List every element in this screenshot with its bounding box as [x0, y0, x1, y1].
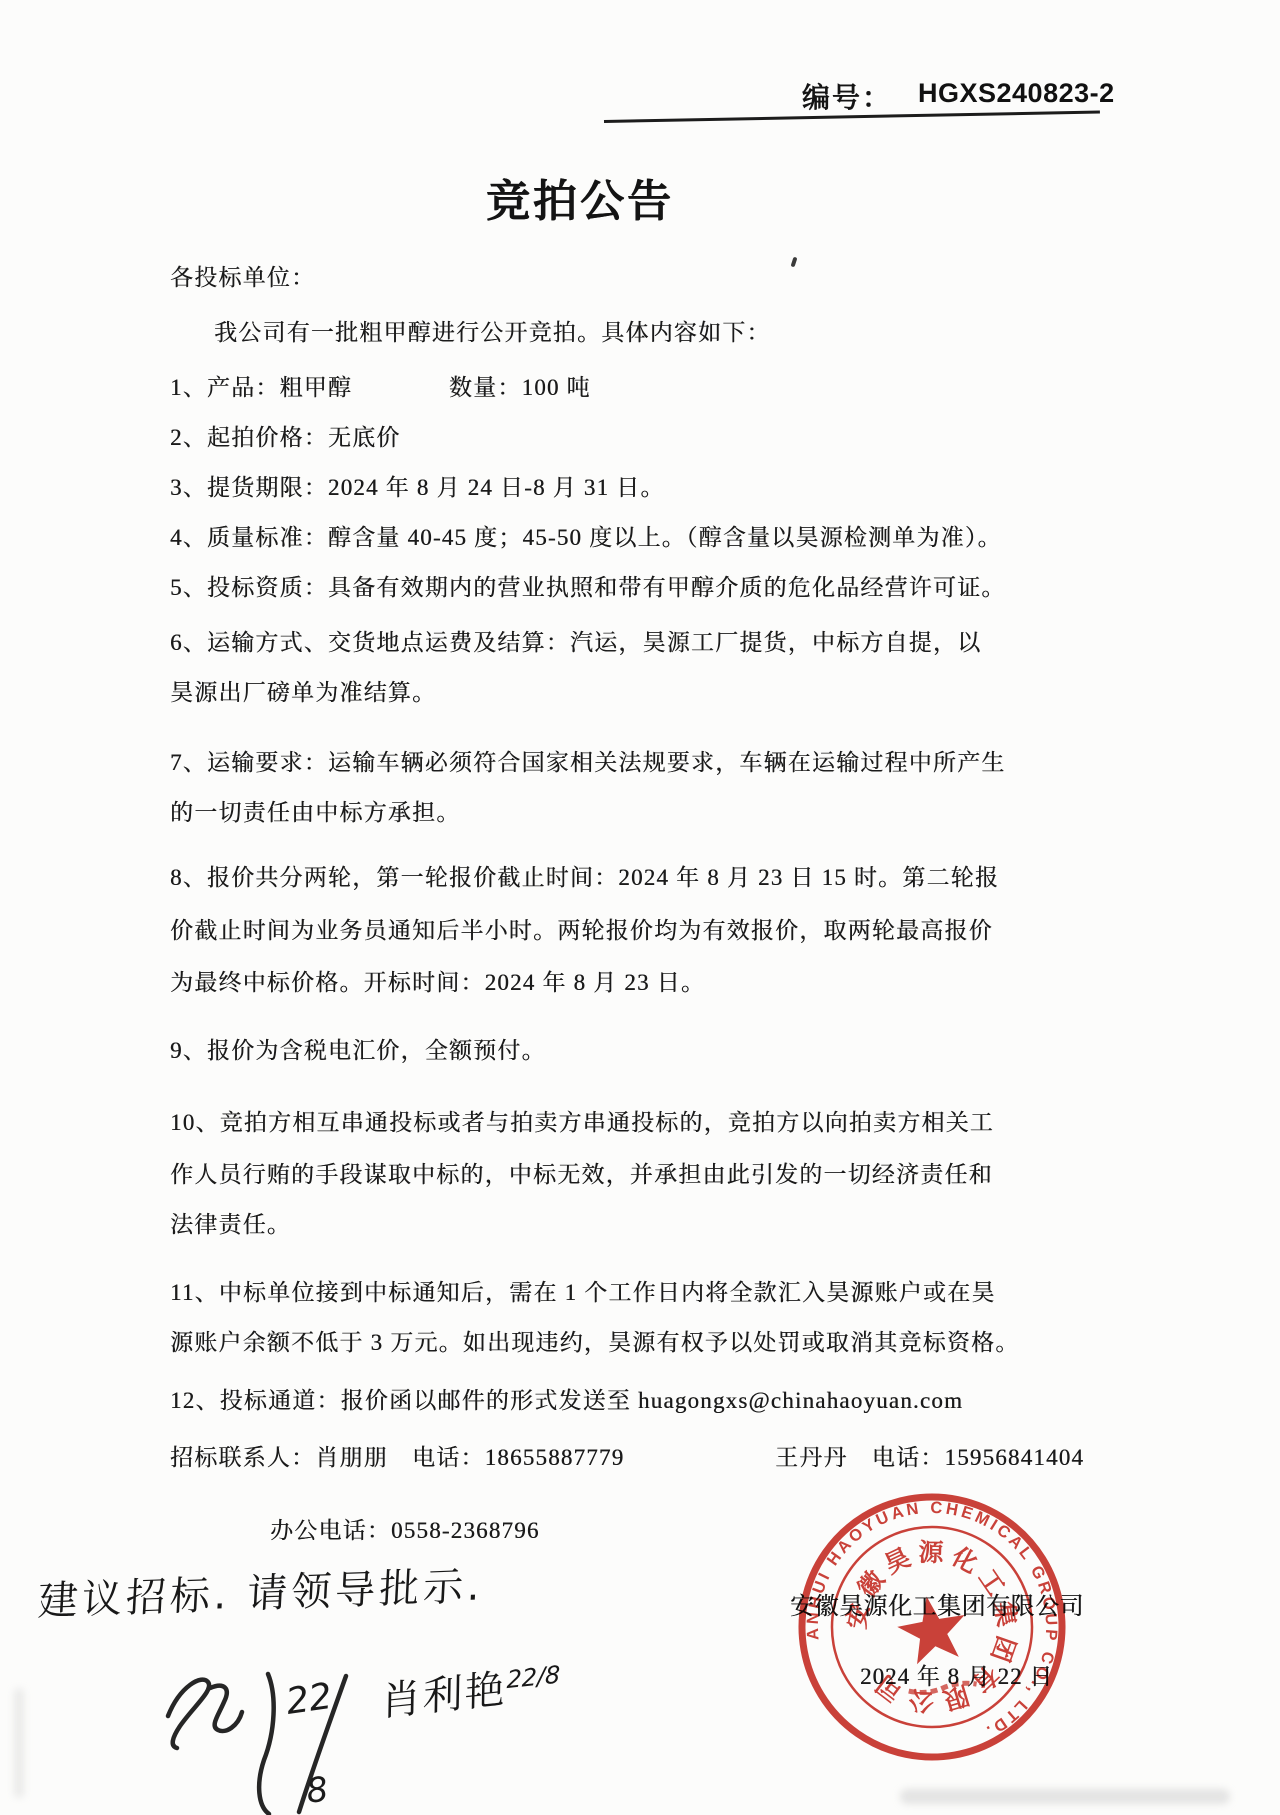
- signature-2-digits: 22: [284, 1676, 335, 1723]
- scrawl-stroke: [259, 1674, 274, 1814]
- body-line: 昊源出厂磅单为准结算。: [170, 674, 436, 707]
- body-line: 为最终中标价格。开标时间：2024 年 8 月 23 日。: [170, 964, 705, 997]
- body-line: 源账户余额不低于 3 万元。如出现违约，昊源有权予以处罚或取消其竞标资格。: [170, 1324, 1019, 1357]
- handwritten-signature-2: 22 8: [150, 1648, 410, 1815]
- body-line: 7、运输要求：运输车辆必须符合国家相关法规要求，车辆在运输过程中所产生: [170, 744, 1006, 777]
- company-seal-stamp: ANHUI HAOYUAN CHEMICAL GROUP CO., LTD. 安…: [773, 1468, 1090, 1785]
- body-line: 1、产品：粗甲醇 数量：100 吨: [170, 369, 591, 402]
- signature-2-digit: 8: [304, 1769, 331, 1812]
- salutation: 各投标单位：: [170, 259, 315, 292]
- office-phone: 办公电话：0558-2368796: [270, 1512, 540, 1545]
- scan-speck: [791, 257, 798, 268]
- handwritten-note: 建议招标. 请领导批示.: [37, 1554, 486, 1627]
- body-line: 作人员行贿的手段谋取中标的，中标无效，并承担由此引发的一切经济责任和: [170, 1156, 993, 1189]
- body-line: 5、投标资质：具备有效期内的营业执照和带有甲醇介质的危化品经营许可证。: [170, 569, 1006, 602]
- page-title: 竞拍公告: [486, 165, 674, 229]
- scanned-document-page: 编号： HGXS240823-2 竞拍公告 各投标单位： 我公司有一批粗甲醇进行…: [0, 0, 1280, 1815]
- body-line: 3、提货期限：2024 年 8 月 24 日-8 月 31 日。: [170, 469, 665, 502]
- body-line: 11、中标单位接到中标通知后，需在 1 个工作日内将全款汇入昊源账户或在昊: [170, 1274, 996, 1307]
- scan-smudge: [14, 1688, 24, 1798]
- doc-number-label: 编号：: [802, 76, 892, 116]
- doc-number-value: HGXS240823-2: [918, 78, 1115, 109]
- scrawl-stroke: [210, 1686, 242, 1731]
- body-line: 12、投标通道：报价函以邮件的形式发送至 huagongxs@chinahaoy…: [170, 1382, 963, 1415]
- signature-1-date: 22/8: [506, 1660, 560, 1694]
- contact-person-left: 招标联系人：肖朋朋 电话：18655887779: [170, 1439, 624, 1472]
- body-line: 9、报价为含税电汇价，全额预付。: [170, 1032, 546, 1065]
- seal-star-icon: [893, 1591, 972, 1667]
- body-line: 8、报价共分两轮，第一轮报价截止时间：2024 年 8 月 23 日 15 时。…: [170, 859, 999, 892]
- body-line: 法律责任。: [170, 1206, 291, 1239]
- body-line: 价截止时间为业务员通知后半小时。两轮报价均为有效报价，取两轮最高报价: [170, 912, 993, 945]
- body-line: 10、竞拍方相互串通投标或者与拍卖方串通投标的，竞拍方以向拍卖方相关工: [170, 1104, 994, 1137]
- scan-smudge: [900, 1789, 1230, 1804]
- intro-line: 我公司有一批粗甲醇进行公开竞拍。具体内容如下：: [214, 314, 771, 347]
- contact-person-right: 王丹丹 电话：15956841404: [775, 1439, 1084, 1472]
- body-line: 6、运输方式、交货地点运费及结算：汽运，昊源工厂提货，中标方自提，以: [170, 624, 981, 657]
- body-line: 的一切责任由中标方承担。: [170, 794, 460, 827]
- body-line: 4、质量标准：醇含量 40-45 度；45-50 度以上。（醇含量以昊源检测单为…: [170, 519, 1002, 552]
- scrawl-stroke: [168, 1680, 209, 1748]
- body-line: 2、起拍价格：无底价: [170, 419, 401, 452]
